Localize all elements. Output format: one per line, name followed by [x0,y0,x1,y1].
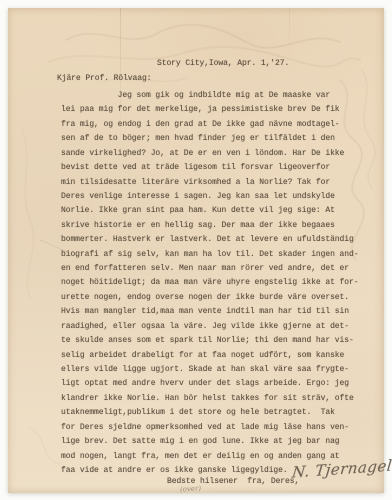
letter-salutation: Kjäre Prof. Rölvaag: [57,72,151,86]
scan-background: Story City,Iowa, Apr. 1,'27. Kjäre Prof.… [0,0,392,500]
handwritten-over-note: (over) [180,484,202,493]
letter-dateline: Story City,Iowa, Apr. 1,'27. [157,57,289,71]
letter-page: Story City,Iowa, Apr. 1,'27. Kjäre Prof.… [8,8,384,493]
letter-body: Jeg som gik og indbildte mig at De maask… [61,89,358,478]
